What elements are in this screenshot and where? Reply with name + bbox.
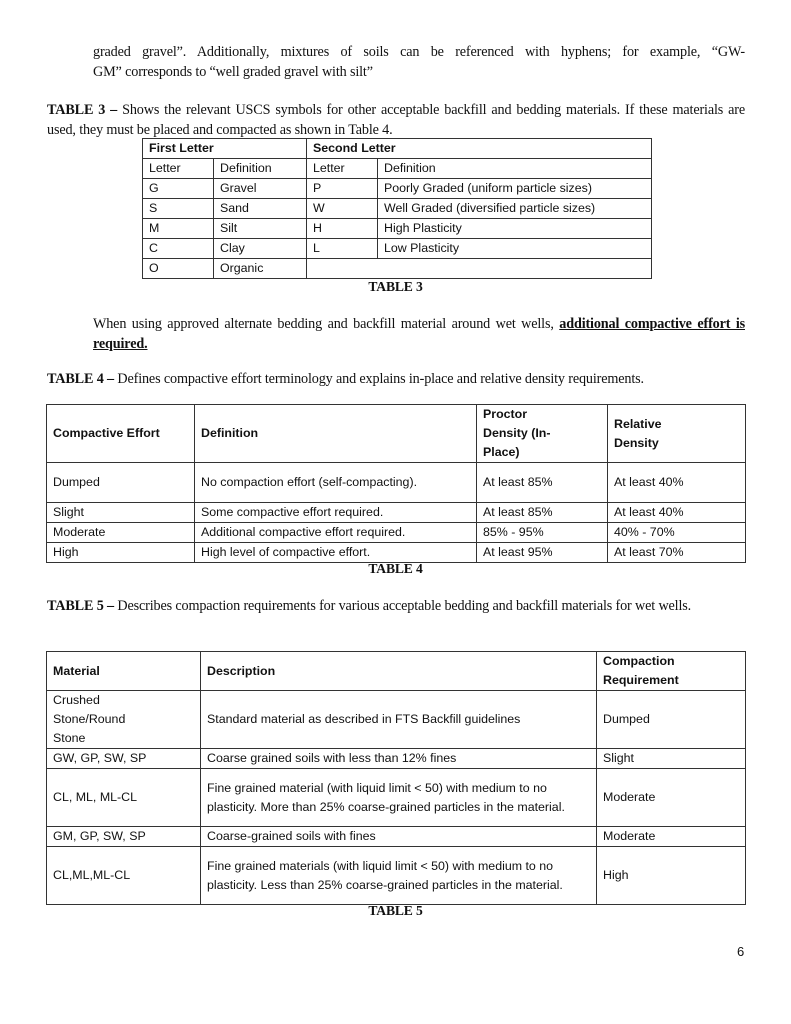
table3-lead: TABLE 3 – [47,102,117,118]
table-row: Slight Some compactive effort required. … [47,503,746,523]
table5-header: Description [201,652,597,691]
table5-cell: CL,ML,ML-CL [47,847,201,905]
table5-cell: Crushed Stone/Round Stone [47,691,201,749]
table3-description-text: Shows the relevant USCS symbols for othe… [47,102,745,138]
table3-cell: Sand [214,199,307,219]
table-row: High High level of compactive effort. At… [47,543,746,563]
table-row: Crushed Stone/Round Stone Standard mater… [47,691,746,749]
table3-cell: Silt [214,219,307,239]
table-row: M Silt H High Plasticity [143,219,652,239]
table5-description-text: Describes compaction requirements for va… [114,598,691,614]
table4-cell: At least 40% [608,503,746,523]
table3-subheader: Letter [143,159,214,179]
table5-cell: GW, GP, SW, SP [47,749,201,769]
table3-group-header: Second Letter [307,139,652,159]
table-row: GM, GP, SW, SP Coarse-grained soils with… [47,827,746,847]
table5-cell: Coarse grained soils with less than 12% … [201,749,597,769]
table4-cell: At least 85% [477,503,608,523]
table3-cell: Organic [214,259,307,279]
table4-cell: Additional compactive effort required. [195,523,477,543]
table-row: GW, GP, SW, SP Coarse grained soils with… [47,749,746,769]
table3-group-header: First Letter [143,139,307,159]
table5-cell: Slight [597,749,746,769]
table3-cell: L [307,239,378,259]
table4-cell: High level of compactive effort. [195,543,477,563]
table3-cell-empty [307,259,652,279]
table3-cell: M [143,219,214,239]
table4-header: Proctor Density (In-Place) [477,405,608,463]
table3-description: TABLE 3 – Shows the relevant USCS symbol… [47,100,745,140]
compaction-requirements-table: Material Description Compaction Requirem… [46,651,746,905]
table4-description-text: Defines compactive effort terminology an… [114,371,644,387]
table5-header: Material [47,652,201,691]
table5-header-row: Material Description Compaction Requirem… [47,652,746,691]
table3-cell: Gravel [214,179,307,199]
table5-description: TABLE 5 – Describes compaction requireme… [47,596,745,616]
note-paragraph: When using approved alternate bedding an… [93,314,745,354]
table3-cell: S [143,199,214,219]
table4-lead: TABLE 4 – [47,371,114,387]
table4-cell: No compaction effort (self-compacting). [195,463,477,503]
table4-header: Definition [195,405,477,463]
table3-cell: Poorly Graded (uniform particle sizes) [378,179,652,199]
table3-subheader: Definition [214,159,307,179]
uscs-symbols-table: First Letter Second Letter Letter Defini… [142,138,652,279]
table3-cell: High Plasticity [378,219,652,239]
table3-cell: Low Plasticity [378,239,652,259]
table4-cell: At least 95% [477,543,608,563]
table3-subheader-row: Letter Definition Letter Definition [143,159,652,179]
table4-caption: TABLE 4 [0,561,791,577]
table4-cell: 40% - 70% [608,523,746,543]
table5-lead: TABLE 5 – [47,598,114,614]
table4-cell: At least 40% [608,463,746,503]
table3-group-header-row: First Letter Second Letter [143,139,652,159]
table3-cell: Clay [214,239,307,259]
page-number: 6 [737,944,744,959]
table4-cell: At least 70% [608,543,746,563]
table3-cell: G [143,179,214,199]
table4-cell: Moderate [47,523,195,543]
table3-cell: H [307,219,378,239]
table4-cell: Dumped [47,463,195,503]
intro-paragraph: graded gravel”. Additionally, mixtures o… [93,42,745,82]
table-row: Moderate Additional compactive effort re… [47,523,746,543]
table5-cell: GM, GP, SW, SP [47,827,201,847]
table5-cell: CL, ML, ML-CL [47,769,201,827]
table-row: G Gravel P Poorly Graded (uniform partic… [143,179,652,199]
table5-cell: Fine grained material (with liquid limit… [201,769,597,827]
table-row: S Sand W Well Graded (diversified partic… [143,199,652,219]
table5-cell: Moderate [597,827,746,847]
table3-cell: Well Graded (diversified particle sizes) [378,199,652,219]
table4-description: TABLE 4 – Defines compactive effort term… [47,369,767,389]
table4-header-row: Compactive Effort Definition Proctor Den… [47,405,746,463]
table5-cell: Coarse-grained soils with fines [201,827,597,847]
table4-cell: Some compactive effort required. [195,503,477,523]
table3-subheader: Letter [307,159,378,179]
table5-cell: High [597,847,746,905]
table3-cell: C [143,239,214,259]
table4-cell: At least 85% [477,463,608,503]
table3-cell: W [307,199,378,219]
table-row: CL, ML, ML-CL Fine grained material (wit… [47,769,746,827]
table5-cell: Fine grained materials (with liquid limi… [201,847,597,905]
note-text: When using approved alternate bedding an… [93,316,559,332]
table5-caption: TABLE 5 [0,903,791,919]
table5-cell: Dumped [597,691,746,749]
table4-header: Relative Density [608,405,746,463]
table4-cell: High [47,543,195,563]
table3-subheader: Definition [378,159,652,179]
table4-cell: 85% - 95% [477,523,608,543]
table3-cell: P [307,179,378,199]
table5-cell: Standard material as described in FTS Ba… [201,691,597,749]
compactive-effort-table: Compactive Effort Definition Proctor Den… [46,404,746,563]
table3-cell: O [143,259,214,279]
table5-header: Compaction Requirement [597,652,746,691]
table-row: Dumped No compaction effort (self-compac… [47,463,746,503]
table3-caption: TABLE 3 [0,279,791,295]
table-row: O Organic [143,259,652,279]
table-row: C Clay L Low Plasticity [143,239,652,259]
table-row: CL,ML,ML-CL Fine grained materials (with… [47,847,746,905]
intro-line-1: graded gravel”. Additionally, mixtures o… [93,42,745,62]
table4-cell: Slight [47,503,195,523]
intro-line-2: GM” corresponds to “well graded gravel w… [93,62,745,82]
table4-header: Compactive Effort [47,405,195,463]
table5-cell: Moderate [597,769,746,827]
